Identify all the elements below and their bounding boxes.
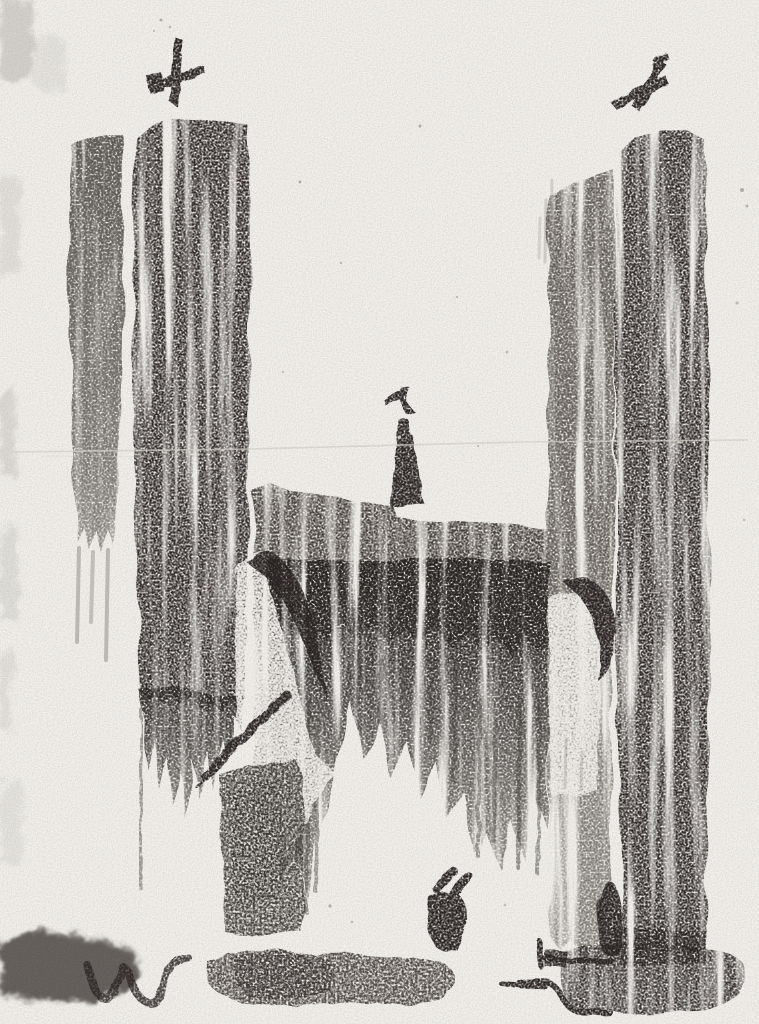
- right-tower: [548, 129, 710, 956]
- left-tower-light-face-tone: [69, 133, 124, 552]
- right-tower-face-highlight: [645, 200, 648, 420]
- ground-center-dark: [234, 954, 334, 998]
- left-tower-long-drip: [140, 700, 142, 888]
- artwork: Charcoal sketch of a twin-towered church…: [0, 0, 759, 1024]
- right-tower-dark-face: [616, 129, 710, 956]
- right-tower-light-face-upper-tone: [548, 170, 616, 600]
- step-block: [545, 950, 566, 967]
- ground-right-merge: [616, 930, 706, 964]
- doorway: [219, 758, 304, 937]
- right-arch-opening: [549, 592, 602, 796]
- church-drawing-svg: Charcoal sketch of a twin-towered church…: [0, 0, 759, 1024]
